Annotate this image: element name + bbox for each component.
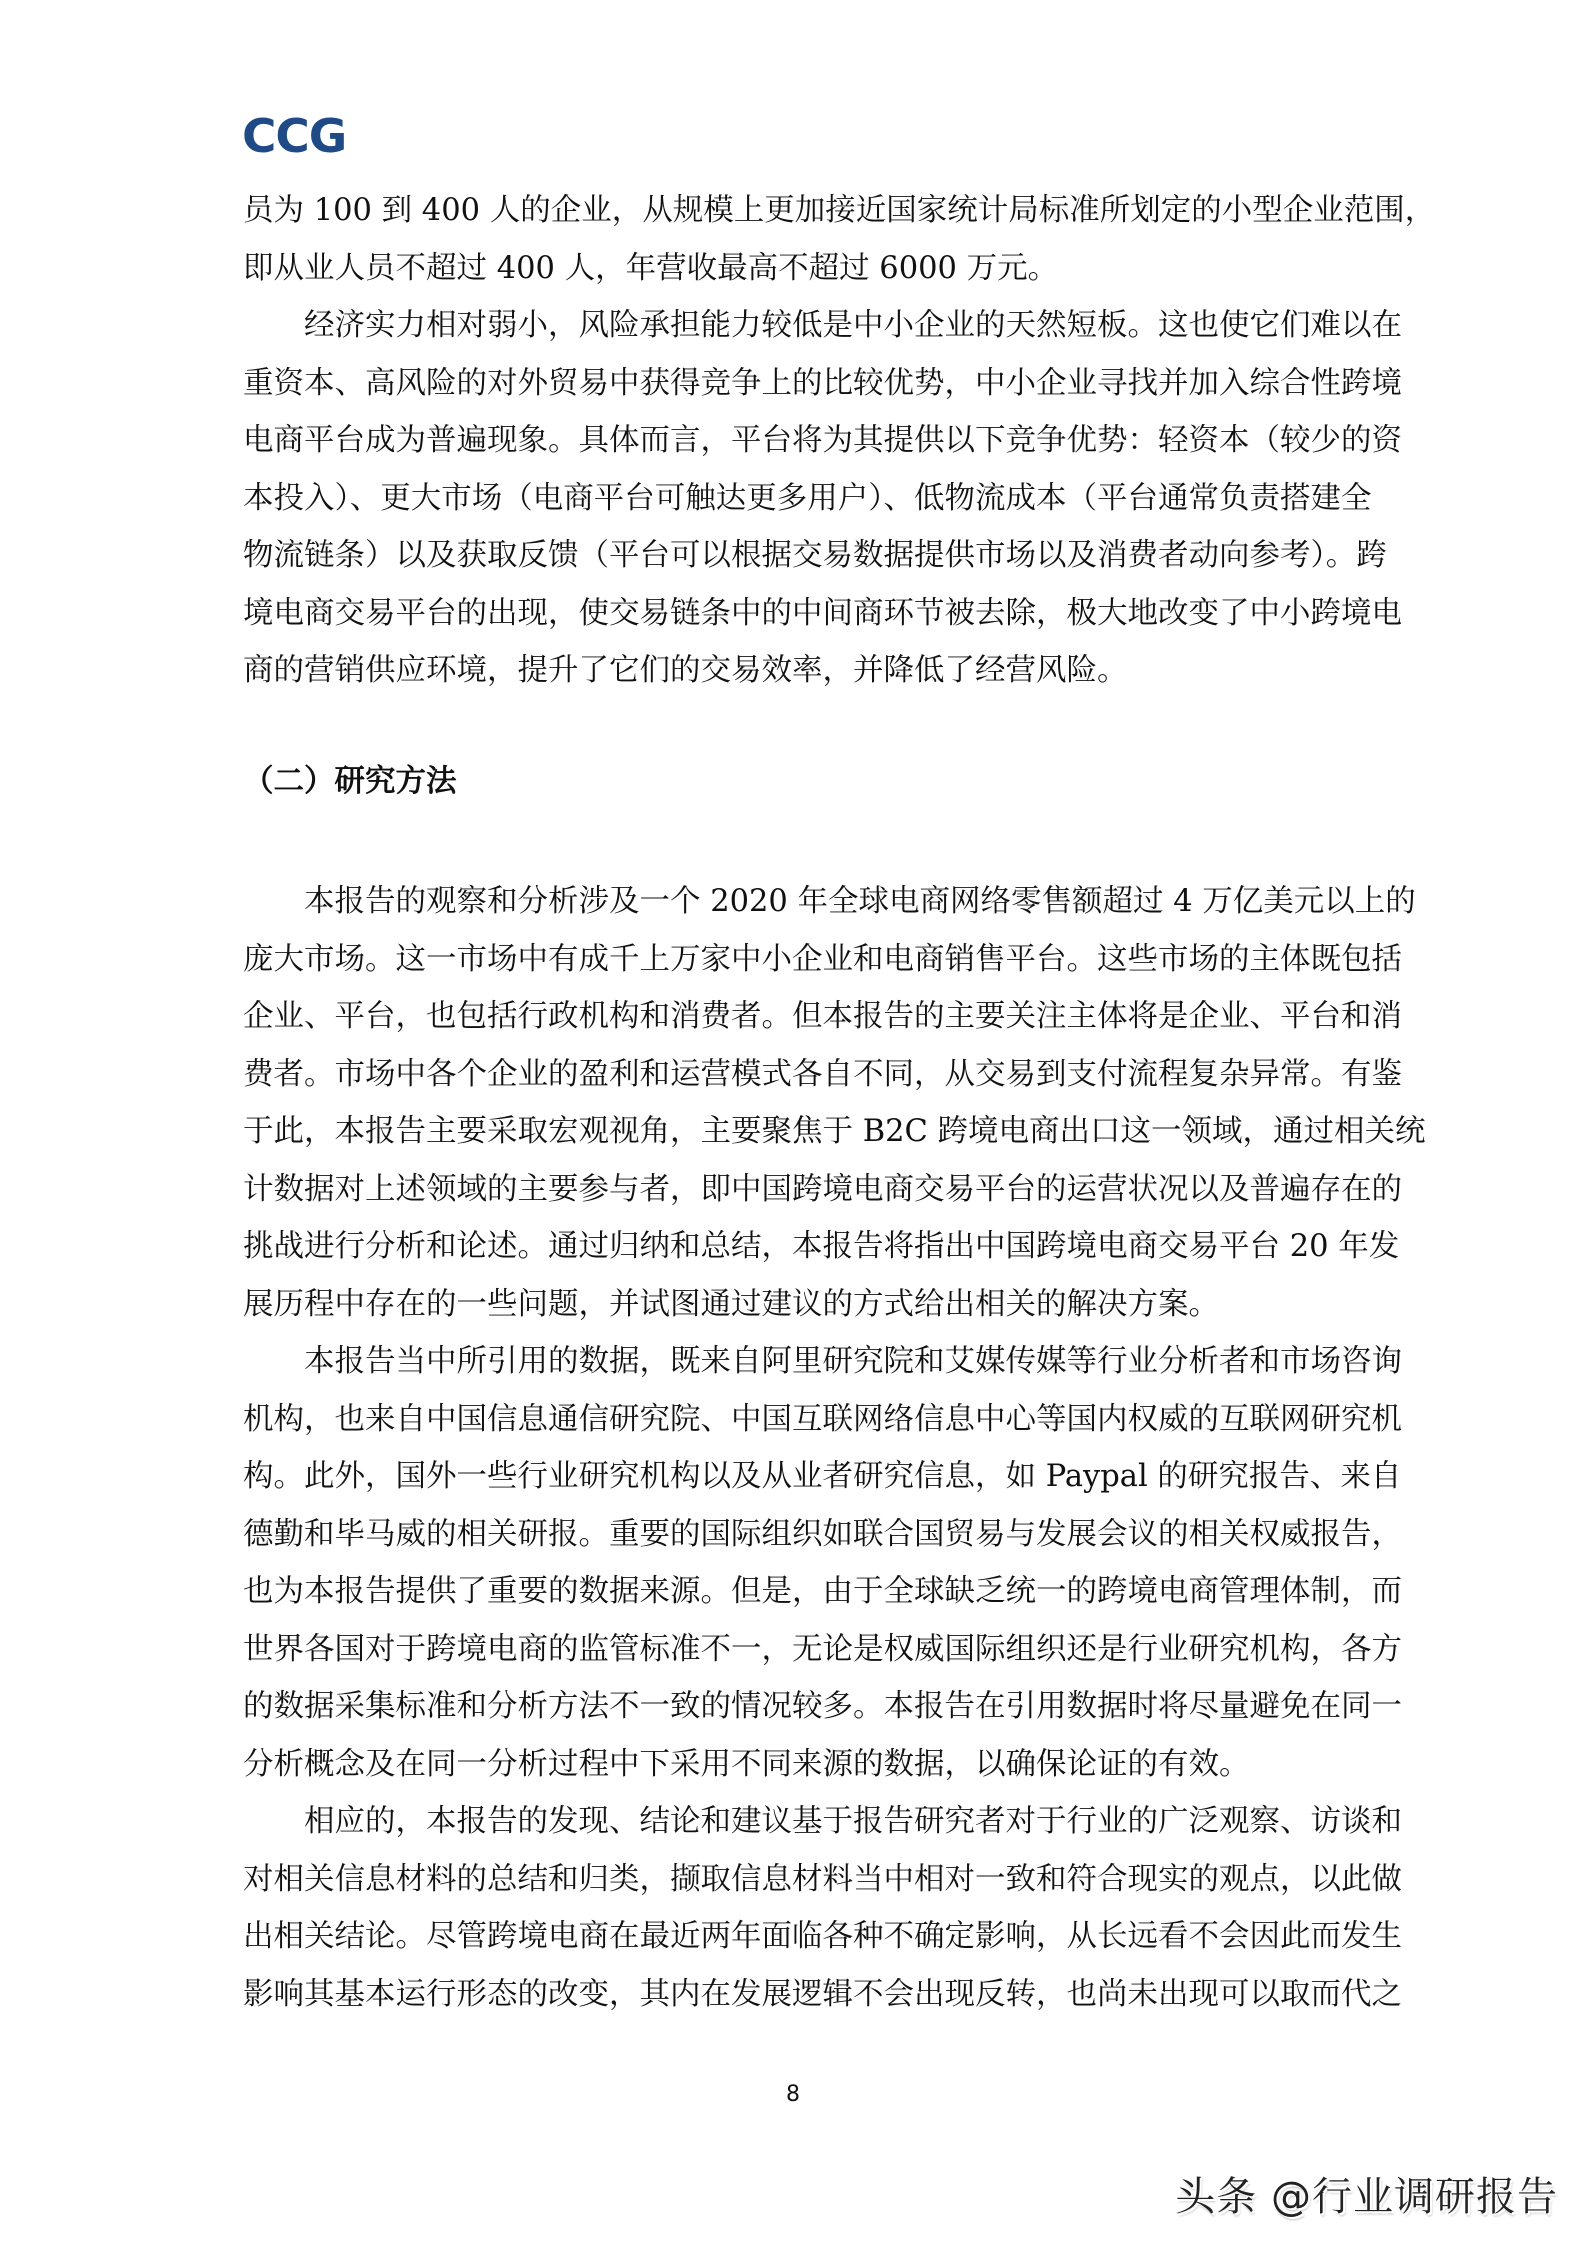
text-line: 分析概念及在同一分析过程中下采用不同来源的数据，以确保论证的有效。 [243, 1736, 1353, 1794]
paragraph: 本报告的观察和分析涉及一个 2020 年全球电商网络零售额超过 4 万亿美元以上… [243, 873, 1353, 1333]
text-line: 本投入）、更大市场（电商平台可触达更多用户）、低物流成本（平台通常负责搭建全 [243, 470, 1353, 528]
text-line: 的数据采集标准和分析方法不一致的情况较多。本报告在引用数据时将尽量避免在同一 [243, 1678, 1353, 1736]
text-line: 对相关信息材料的总结和归类，撷取信息材料当中相对一致和符合现实的观点，以此做 [243, 1851, 1353, 1909]
ccg-logo: CCG [242, 113, 346, 159]
text-line: 经济实力相对弱小，风险承担能力较低是中小企业的天然短板。这也使它们难以在 [243, 297, 1353, 355]
text-line: 相应的，本报告的发现、结论和建议基于报告研究者对于行业的广泛观察、访谈和 [243, 1793, 1353, 1851]
text-line: 员为 100 到 400 人的企业，从规模上更加接近国家统计局标准所划定的小型企… [243, 182, 1353, 240]
text-line: 世界各国对于跨境电商的监管标准不一，无论是权威国际组织还是行业研究机构，各方 [243, 1621, 1353, 1679]
text-line: 本报告的观察和分析涉及一个 2020 年全球电商网络零售额超过 4 万亿美元以上… [243, 873, 1353, 931]
text-line: 挑战进行分析和论述。通过归纳和总结，本报告将指出中国跨境电商交易平台 20 年发 [243, 1218, 1353, 1276]
text-line: 机构，也来自中国信息通信研究院、中国互联网络信息中心等国内权威的互联网研究机 [243, 1391, 1353, 1449]
text-line: 商的营销供应环境，提升了它们的交易效率，并降低了经营风险。 [243, 642, 1353, 700]
paragraph: 相应的，本报告的发现、结论和建议基于报告研究者对于行业的广泛观察、访谈和 对相关… [243, 1793, 1353, 2023]
text-line: 重资本、高风险的对外贸易中获得竞争上的比较优势，中小企业寻找并加入综合性跨境 [243, 355, 1353, 413]
paragraph: 经济实力相对弱小，风险承担能力较低是中小企业的天然短板。这也使它们难以在 重资本… [243, 297, 1353, 700]
text-line: 计数据对上述领域的主要参与者，即中国跨境电商交易平台的运营状况以及普遍存在的 [243, 1161, 1353, 1219]
section-2-body: 本报告的观察和分析涉及一个 2020 年全球电商网络零售额超过 4 万亿美元以上… [243, 873, 1353, 2023]
section-heading: （二）研究方法 [243, 762, 457, 802]
text-line: 电商平台成为普遍现象。具体而言，平台将为其提供以下竞争优势：轻资本（较少的资 [243, 412, 1353, 470]
section-1-body: 员为 100 到 400 人的企业，从规模上更加接近国家统计局标准所划定的小型企… [243, 182, 1353, 700]
text-line: 于此，本报告主要采取宏观视角，主要聚焦于 B2C 跨境电商出口这一领域，通过相关… [243, 1103, 1353, 1161]
text-line: 企业、平台，也包括行政机构和消费者。但本报告的主要关注主体将是企业、平台和消 [243, 988, 1353, 1046]
text-line: 本报告当中所引用的数据，既来自阿里研究院和艾媒传媒等行业分析者和市场咨询 [243, 1333, 1353, 1391]
text-line: 展历程中存在的一些问题，并试图通过建议的方式给出相关的解决方案。 [243, 1276, 1353, 1334]
watermark: 头条 @行业调研报告 [1175, 2165, 1558, 2222]
text-line: 影响其基本运行形态的改变，其内在发展逻辑不会出现反转，也尚未出现可以取而代之 [243, 1966, 1353, 2024]
paragraph: 本报告当中所引用的数据，既来自阿里研究院和艾媒传媒等行业分析者和市场咨询 机构，… [243, 1333, 1353, 1793]
text-line: 庞大市场。这一市场中有成千上万家中小企业和电商销售平台。这些市场的主体既包括 [243, 931, 1353, 989]
text-line: 也为本报告提供了重要的数据来源。但是，由于全球缺乏统一的跨境电商管理体制，而 [243, 1563, 1353, 1621]
text-line: 德勤和毕马威的相关研报。重要的国际组织如联合国贸易与发展会议的相关权威报告， [243, 1506, 1353, 1564]
text-line: 出相关结论。尽管跨境电商在最近两年面临各种不确定影响，从长远看不会因此而发生 [243, 1908, 1353, 1966]
page-number: 8 [0, 2082, 1586, 2107]
text-line: 费者。市场中各个企业的盈利和运营模式各自不同，从交易到支付流程复杂异常。有鉴 [243, 1046, 1353, 1104]
text-line: 物流链条）以及获取反馈（平台可以根据交易数据提供市场以及消费者动向参考）。跨 [243, 527, 1353, 585]
text-line: 即从业人员不超过 400 人，年营收最高不超过 6000 万元。 [243, 240, 1353, 298]
text-line: 境电商交易平台的出现，使交易链条中的中间商环节被去除，极大地改变了中小跨境电 [243, 585, 1353, 643]
paragraph: 员为 100 到 400 人的企业，从规模上更加接近国家统计局标准所划定的小型企… [243, 182, 1353, 297]
text-line: 构。此外，国外一些行业研究机构以及从业者研究信息，如 Paypal 的研究报告、… [243, 1448, 1353, 1506]
